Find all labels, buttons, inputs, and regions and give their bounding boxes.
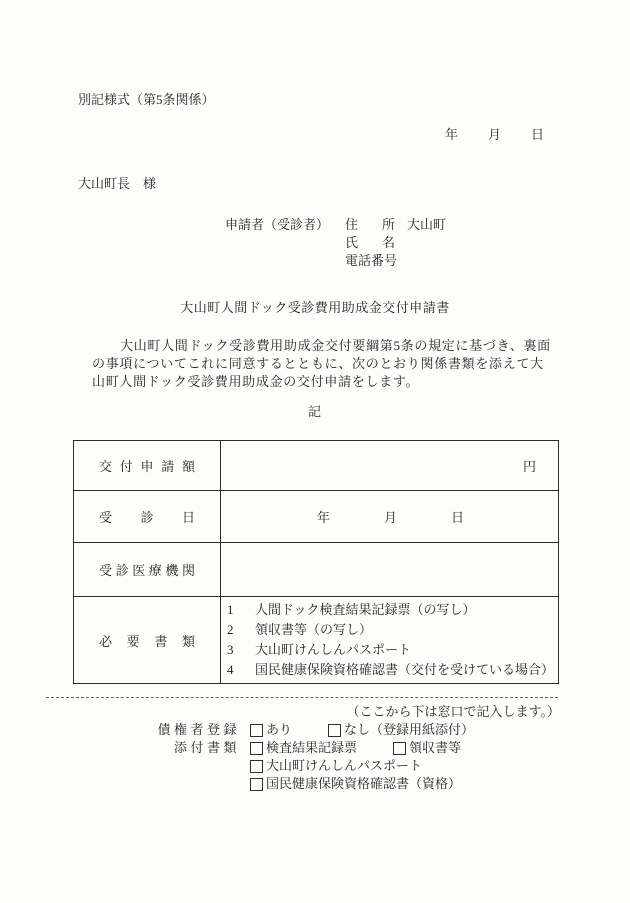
checkbox-icon <box>250 760 263 773</box>
table-row-header-institution: 受診医療機関 <box>74 543 221 597</box>
phone-label: 電話番号 <box>345 253 397 269</box>
table-row-header-exam-date: 受診日 <box>74 491 221 543</box>
checkbox-option: 大山町けんしんパスポート <box>250 758 422 774</box>
exam-date-cell: 年 月 日 <box>221 491 558 543</box>
item-number: 4 <box>226 660 255 680</box>
checkbox-icon <box>250 742 263 755</box>
amount-unit-label: 円 <box>523 456 536 475</box>
cut-line-divider <box>46 697 558 698</box>
attached-documents-row: 大山町けんしんパスポート <box>140 758 422 774</box>
body-paragraph: 大山町人間ドック受診費用助成金交付要綱第5条の規定に基づき、裏面 の事項について… <box>92 337 564 391</box>
amount-cell: 円 <box>221 441 558 491</box>
checkbox-label: あり <box>266 722 292 738</box>
checkbox-label: なし（登録用紙添付） <box>344 722 474 738</box>
required-document-item: 4 国民健康保険資格確認書（交付を受けている場合） <box>226 660 558 680</box>
checkbox-label: 検査結果記録票 <box>266 740 357 756</box>
row-header-label: 交付申請額 <box>99 456 195 475</box>
item-number: 2 <box>226 620 255 640</box>
checkbox-option: 領収書等 <box>393 740 461 756</box>
checkbox-option: 検査結果記録票 <box>250 740 357 756</box>
name-label: 名 <box>382 235 395 251</box>
checkbox-label: 国民健康保険資格確認書（資格） <box>266 776 461 792</box>
addressee: 大山町長 様 <box>78 176 156 192</box>
address-value: 大山町 <box>407 217 446 233</box>
checkbox-label: 領収書等 <box>409 740 461 756</box>
ki-marker: 記 <box>0 404 630 420</box>
checkbox-option: 国民健康保険資格確認書（資格） <box>250 776 461 792</box>
exam-date-day-label: 日 <box>451 507 464 526</box>
document-title: 大山町人間ドック受診費用助成金交付申請書 <box>0 300 630 316</box>
document-page: 別記様式（第5条関係） 年 月 日 大山町長 様 申請者（受診者） 住 所 大山… <box>0 0 630 903</box>
name-label: 氏 <box>345 235 358 251</box>
creditor-registration-row: 債権者登録 あり なし（登録用紙添付） <box>140 722 474 738</box>
checkbox-option: なし（登録用紙添付） <box>328 722 474 738</box>
checkbox-icon <box>328 724 341 737</box>
date-month-label: 月 <box>488 127 501 143</box>
date-line: 年 月 日 <box>445 127 544 143</box>
window-use-note: （ここから下は窓口で記入します。） <box>347 704 560 720</box>
exam-date-year-label: 年 <box>317 507 330 526</box>
exam-date-month-label: 月 <box>384 507 397 526</box>
item-number: 1 <box>226 600 255 620</box>
required-document-item: 3 大山町けんしんパスポート <box>226 640 558 660</box>
item-text: 大山町けんしんパスポート <box>255 640 411 660</box>
institution-cell <box>221 543 558 597</box>
body-line: 大山町人間ドック受診費用助成金交付要綱第5条の規定に基づき、裏面 <box>92 337 564 355</box>
applicant-prefix: 申請者（受診者） <box>225 217 329 233</box>
item-text: 国民健康保険資格確認書（交付を受けている場合） <box>255 660 554 680</box>
row-header-label: 受診医療機関 <box>99 560 195 579</box>
checkbox-icon <box>393 742 406 755</box>
required-document-item: 1 人間ドック検査結果記録票（の写し） <box>226 600 558 620</box>
item-text: 人間ドック検査結果記録票（の写し） <box>255 600 475 620</box>
body-line: の事項についてこれに同意するとともに、次のとおり関係書類を添えて大 <box>92 355 564 373</box>
attached-documents-row: 添付書類 検査結果記録票 領収書等 <box>140 740 461 756</box>
row-header-label: 必要書類 <box>99 631 195 650</box>
item-text: 領収書等（の写し） <box>255 620 372 640</box>
address-label: 住 <box>345 217 358 233</box>
application-table: 交付申請額 円 受診日 年 月 日 受診医療機関 必要書類 1 人間ドック検査結… <box>73 440 559 684</box>
required-documents-cell: 1 人間ドック検査結果記録票（の写し） 2 領収書等（の写し） 3 大山町けんし… <box>221 597 558 683</box>
attached-documents-row: 国民健康保険資格確認書（資格） <box>140 776 461 792</box>
table-row-header-documents: 必要書類 <box>74 597 221 683</box>
row-header-label: 受診日 <box>99 507 195 526</box>
address-label: 所 <box>382 217 395 233</box>
row-label: 添付書類 <box>140 740 240 756</box>
date-year-label: 年 <box>445 127 458 143</box>
date-day-label: 日 <box>531 127 544 143</box>
table-row-header-amount: 交付申請額 <box>74 441 221 491</box>
checkbox-icon <box>250 778 263 791</box>
checkbox-icon <box>250 724 263 737</box>
body-line: 山町人間ドック受診費用助成金の交付申請をします。 <box>92 373 564 391</box>
checkbox-option: あり <box>250 722 292 738</box>
required-document-item: 2 領収書等（の写し） <box>226 620 558 640</box>
row-label: 債権者登録 <box>140 722 240 738</box>
item-number: 3 <box>226 640 255 660</box>
checkbox-label: 大山町けんしんパスポート <box>266 758 422 774</box>
form-code: 別記様式（第5条関係） <box>78 92 215 108</box>
